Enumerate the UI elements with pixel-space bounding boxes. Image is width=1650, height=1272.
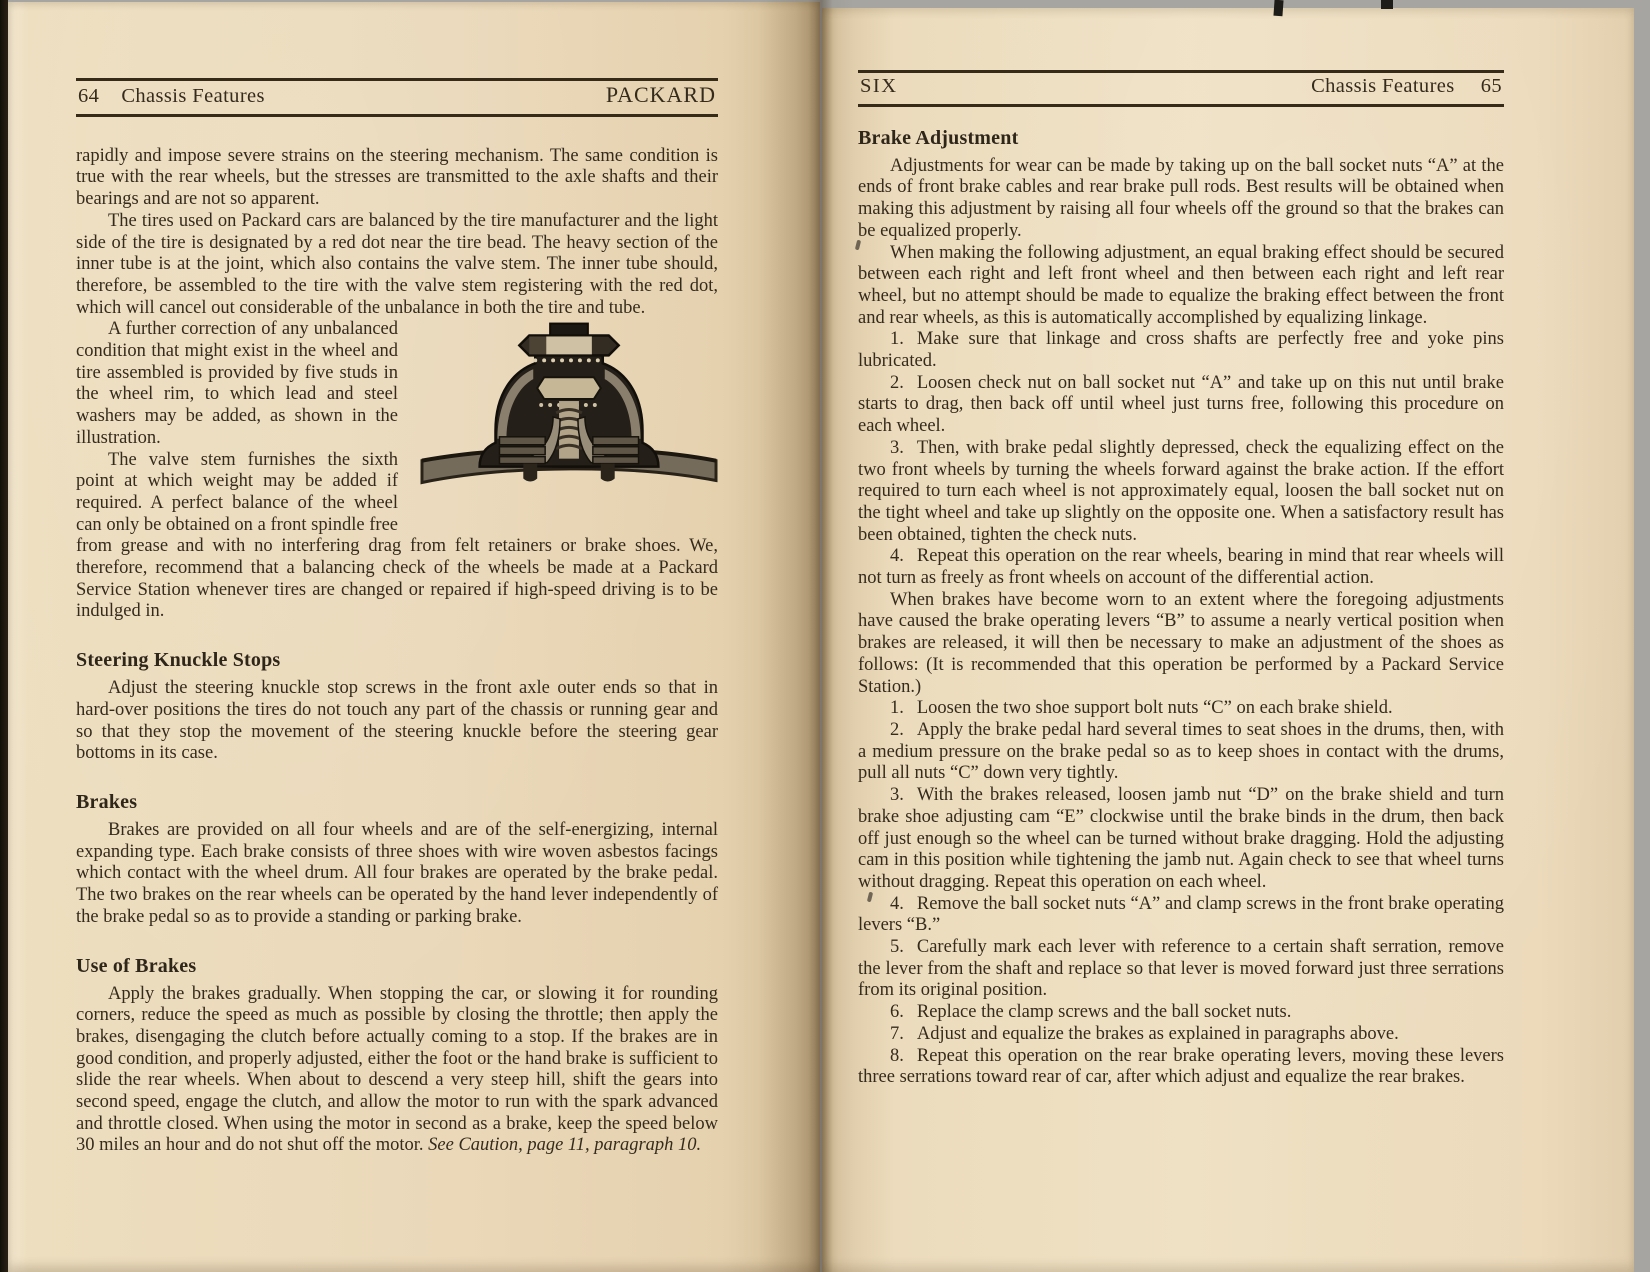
numbered-item: 2.Loosen check nut on ball socket nut “A… — [858, 373, 1504, 438]
left-page: 64Chassis Features PACKARD rapidly and i… — [8, 2, 820, 1272]
left-header-left: 64Chassis Features — [78, 86, 265, 108]
section-heading-brakes: Brakes — [76, 791, 718, 813]
book-spine-edge — [0, 0, 8, 1272]
balance-weight-illustration — [420, 321, 718, 493]
numbered-item: 7.Adjust and equalize the brakes as expl… — [858, 1024, 1504, 1046]
right-header-right: Chassis Features65 — [1311, 76, 1502, 98]
numbered-item: 1.Make sure that linkage and cross shaft… — [858, 329, 1504, 372]
binding-clip-mark — [1381, 0, 1393, 9]
right-page-header: SIX Chassis Features65 — [858, 70, 1504, 107]
paragraph-worn-brakes: When brakes have become worn to an exten… — [858, 590, 1504, 699]
section-heading-use-of-brakes: Use of Brakes — [76, 955, 718, 977]
caution-note: See Caution, page 11, paragraph 10. — [428, 1135, 701, 1155]
numbered-item: 4.Remove the ball socket nuts “A” and cl… — [858, 894, 1504, 937]
numbered-item: 5.Carefully mark each lever with referen… — [858, 937, 1504, 1002]
left-page-body: rapidly and impose severe strains on the… — [76, 146, 718, 1157]
section-heading-brake-adjustment: Brake Adjustment — [858, 127, 1504, 149]
numbered-item: 3.Then, with brake pedal slightly depres… — [858, 438, 1504, 547]
paragraph-steering-knuckle: Adjust the steering knuckle stop screws … — [76, 678, 718, 765]
numbered-item: 8.Repeat this operation on the rear brak… — [858, 1046, 1504, 1089]
right-page-body: Brake Adjustment Adjustments for wear ca… — [858, 127, 1504, 1089]
numbered-item: 3.With the brakes released, loosen jamb … — [858, 785, 1504, 894]
right-page: SIX Chassis Features65 Brake Adjustment … — [822, 8, 1634, 1272]
binding-clip-mark — [1273, 0, 1283, 16]
paragraph-equal-braking: When making the following adjustment, an… — [858, 243, 1504, 330]
numbered-item: 6.Replace the clamp screws and the ball … — [858, 1002, 1504, 1024]
numbered-item: 1.Loosen the two shoe support bolt nuts … — [858, 698, 1504, 720]
paragraph-continuation: rapidly and impose severe strains on the… — [76, 146, 718, 211]
section-heading-steering-knuckle-stops: Steering Knuckle Stops — [76, 649, 718, 671]
numbered-item: 4.Repeat this operation on the rear whee… — [858, 546, 1504, 589]
numbered-item: 2.Apply the brake pedal hard several tim… — [858, 720, 1504, 785]
balance-weight-figure — [420, 321, 718, 493]
paragraph-brakes: Brakes are provided on all four wheels a… — [76, 820, 718, 929]
left-page-header: 64Chassis Features PACKARD — [76, 78, 718, 117]
running-title-right: Chassis Features — [1311, 75, 1455, 97]
paragraph-tire-balance: The tires used on Packard cars are balan… — [76, 211, 718, 320]
page-number-left: 64 — [78, 85, 99, 107]
paragraph-adjustments: Adjustments for wear can be made by taki… — [858, 156, 1504, 243]
brand-name: PACKARD — [606, 84, 716, 106]
use-of-brakes-text: Apply the brakes gradually. When stoppin… — [76, 984, 718, 1156]
running-title-left: Chassis Features — [121, 85, 265, 107]
paragraph-use-of-brakes: Apply the brakes gradually. When stoppin… — [76, 984, 718, 1158]
page-number-right: 65 — [1481, 75, 1502, 97]
model-name: SIX — [860, 76, 898, 98]
